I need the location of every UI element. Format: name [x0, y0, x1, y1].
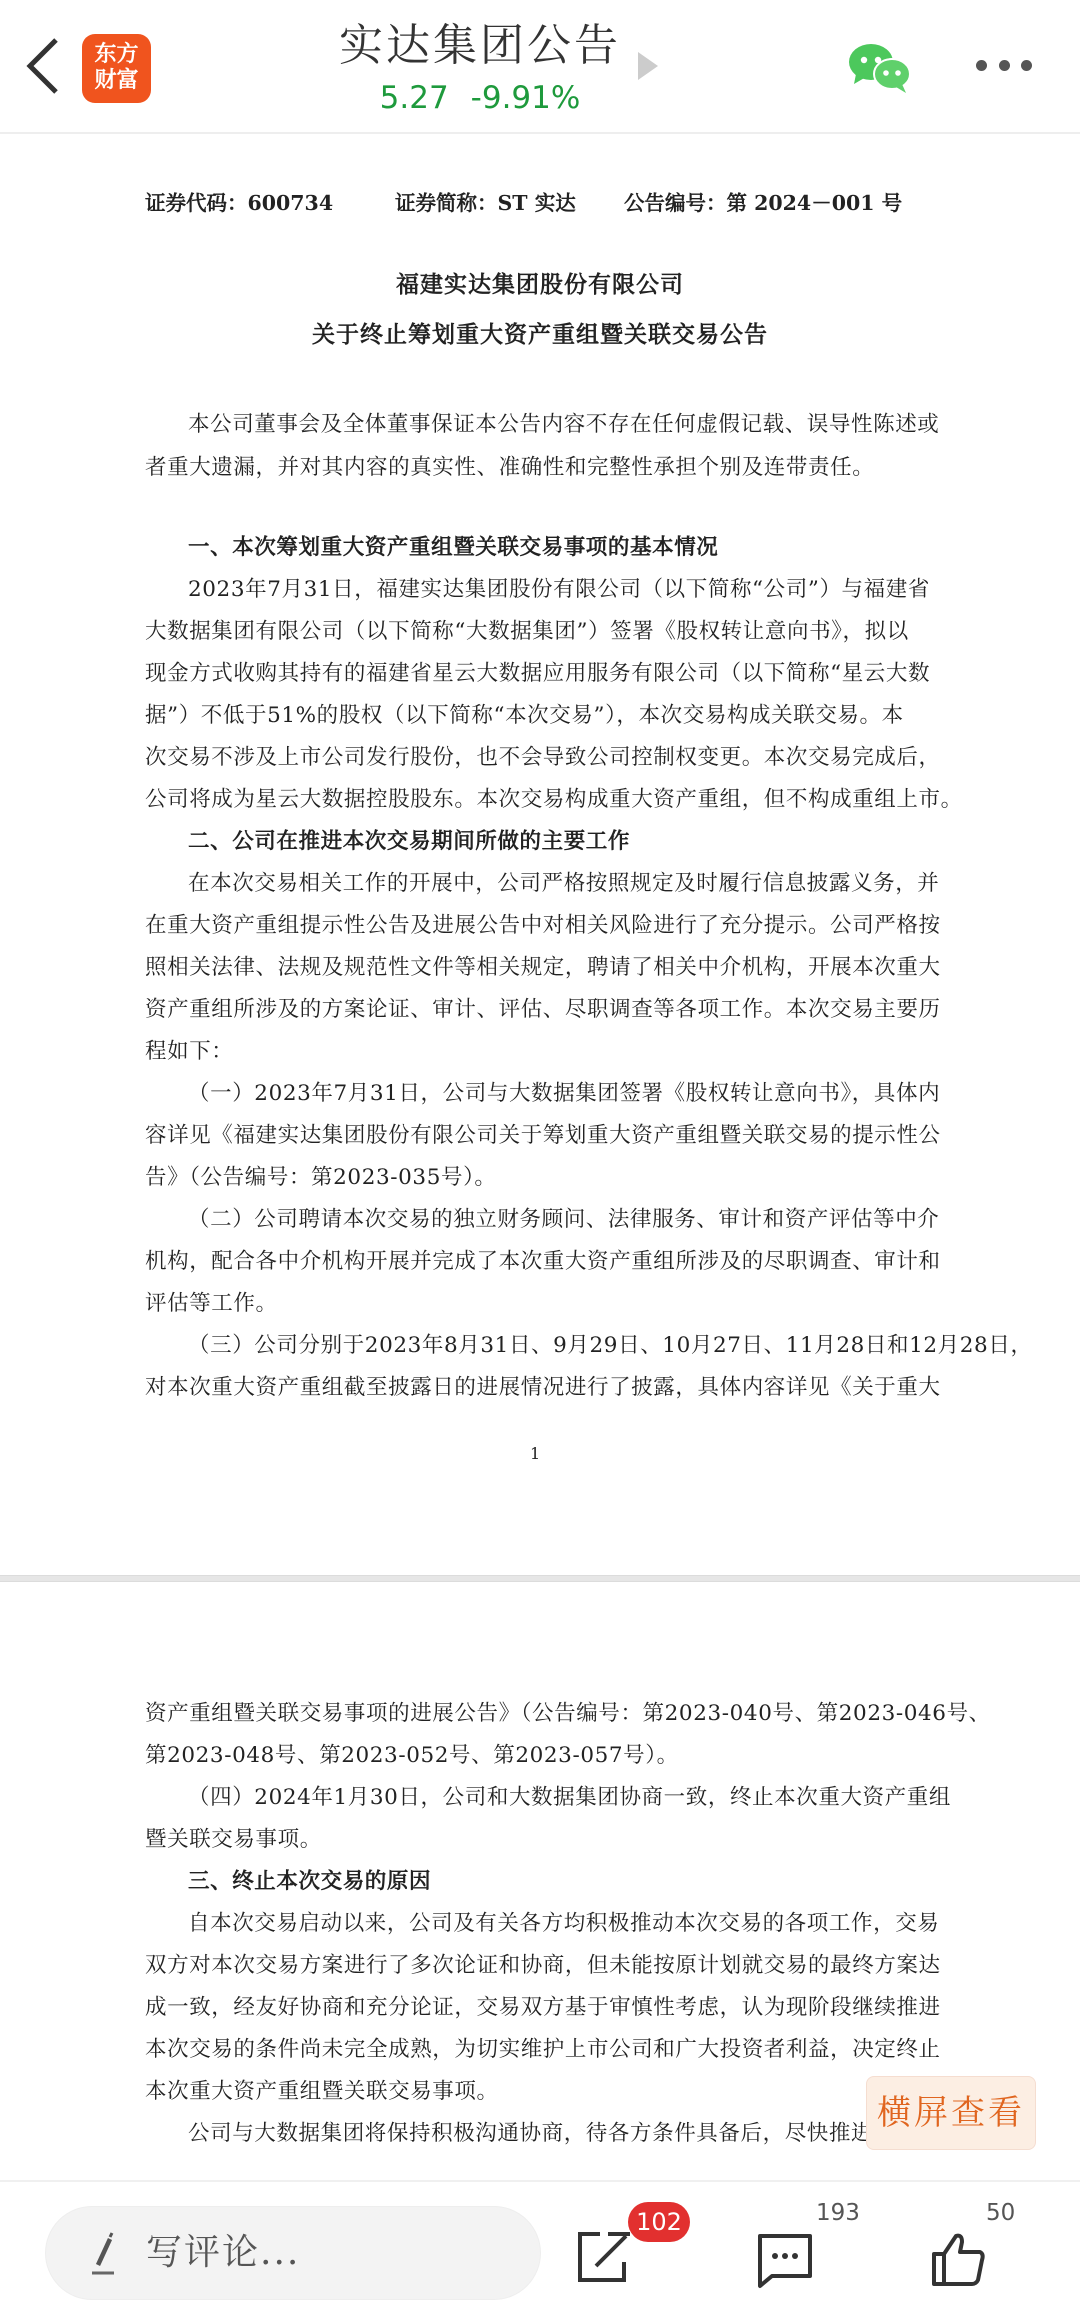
paragraph-line: 公司与大数据集团将保持积极沟通协商，待各方条件具备后，尽快推进相关事 — [188, 2120, 939, 2148]
paragraph-line: 现金方式收购其持有的福建省星云大数据应用服务有限公司（以下简称“星云大数 — [145, 660, 930, 688]
share-button[interactable] — [574, 2226, 634, 2286]
company-name: 福建实达集团股份有限公司 — [145, 266, 935, 299]
more-menu-button[interactable] — [976, 60, 1032, 74]
top-nav-bar: 东方 财富 实达集团公告 5.27-9.91% — [0, 0, 1080, 134]
stock-quote: 5.27-9.91% — [300, 78, 660, 118]
share-count-badge: 102 — [628, 2202, 690, 2242]
stock-change-pct: -9.91% — [471, 80, 581, 116]
announcement-title: 关于终止筹划重大资产重组暨关联交易公告 — [145, 316, 935, 349]
paragraph-line: （四）2024年1月30日，公司和大数据集团协商一致，终止本次重大资产重组 — [188, 1784, 951, 1812]
paragraph-line: （二）公司聘请本次交易的独立财务顾问、法律服务、审计和资产评估等中介 — [188, 1206, 939, 1234]
notice-number: 公告编号：第 2024－001 号 — [624, 186, 902, 216]
security-code: 证券代码：600734 — [145, 186, 333, 216]
back-button[interactable] — [20, 36, 66, 96]
share-icon — [574, 2226, 634, 2286]
comment-placeholder: 写评论... — [146, 2229, 300, 2277]
paragraph-line: 资产重组所涉及的方案论证、审计、评估、尽职调查等各项工作。本次交易主要历 — [145, 996, 941, 1024]
wechat-share-button[interactable] — [846, 40, 912, 96]
comment-count: 193 — [816, 2200, 860, 2226]
page-divider — [0, 1575, 1080, 1582]
stock-price: 5.27 — [380, 80, 449, 116]
section-heading-1: 一、本次筹划重大资产重组暨关联交易事项的基本情况 — [188, 534, 718, 562]
paragraph-line: 资产重组暨关联交易事项的进展公告》（公告编号：第2023-040号、第2023-… — [145, 1700, 991, 1728]
paragraph-line: 第2023-048号、第2023-052号、第2023-057号）。 — [145, 1742, 679, 1770]
paragraph-line: 成一致，经友好协商和充分论证，交易双方基于审慎性考虑，认为现阶段继续推进 — [145, 1994, 941, 2022]
logo-text-line2: 财富 — [82, 68, 151, 94]
paragraph-line: 机构，配合各中介机构开展并完成了本次重大资产重组所涉及的尽职调查、审计和 — [145, 1248, 941, 1276]
paragraph-line: 照相关法律、法规及规范性文件等相关规定，聘请了相关中介机构，开展本次重大 — [145, 954, 941, 982]
paragraph-line: 程如下： — [145, 1038, 233, 1066]
security-short-name: 证券简称：ST 实达 — [395, 186, 576, 216]
paragraph-line: 容详见《福建实达集团股份有限公司关于筹划重大资产重组暨关联交易的提示性公 — [145, 1122, 941, 1150]
paragraph-line: （一）2023年7月31日，公司与大数据集团签署《股权转让意向书》，具体内 — [188, 1080, 940, 1108]
paragraph-line: 本次交易的条件尚未完全成熟，为切实维护上市公司和广大投资者利益，决定终止 — [145, 2036, 941, 2064]
pen-icon — [88, 2231, 128, 2277]
paragraph-line: 大数据集团有限公司（以下简称“大数据集团”）签署《股权转让意向书》，拟以 — [145, 618, 909, 646]
wechat-icon — [846, 40, 912, 96]
paragraph-line: 暨关联交易事项。 — [145, 1826, 322, 1854]
app-logo: 东方 财富 — [82, 34, 151, 103]
caret-right-icon[interactable] — [638, 52, 658, 80]
paragraph-line: 告》（公告编号：第2023-035号）。 — [145, 1164, 497, 1192]
paragraph-line: 对本次重大资产重组截至披露日的进展情况进行了披露，具体内容详见《关于重大 — [145, 1374, 941, 1402]
paragraph-line: 在重大资产重组提示性公告及进展公告中对相关风险进行了充分提示。公司严格按 — [145, 912, 941, 940]
paragraph-line: 评估等工作。 — [145, 1290, 278, 1318]
bottom-action-bar: 写评论... 102 193 50 — [0, 2180, 1080, 2317]
section-heading-2: 二、公司在推进本次交易期间所做的主要工作 — [188, 828, 630, 856]
paragraph-line: 公司将成为星云大数据控股股东。本次交易构成重大资产重组，但不构成重组上市。 — [145, 786, 963, 814]
logo-text-line1: 东方 — [82, 42, 151, 68]
comment-bubble-icon — [754, 2230, 816, 2292]
paragraph-line: 本次重大资产重组暨关联交易事项。 — [145, 2078, 499, 2106]
stock-title-block[interactable]: 实达集团公告 5.27-9.91% — [300, 16, 660, 118]
landscape-view-button[interactable]: 横屏查看 — [866, 2076, 1036, 2150]
paragraph-line: 自本次交易启动以来，公司及有关各方均积极推动本次交易的各项工作，交易 — [188, 1910, 939, 1938]
like-button[interactable] — [928, 2226, 992, 2290]
section-heading-3: 三、终止本次交易的原因 — [188, 1868, 431, 1896]
paragraph-line: 在本次交易相关工作的开展中，公司严格按照规定及时履行信息披露义务，并 — [188, 870, 939, 898]
paragraph-line: 据”）不低于51%的股权（以下简称“本次交易”），本次交易构成关联交易。本 — [145, 702, 904, 730]
thumbs-up-icon — [928, 2226, 992, 2290]
like-count: 50 — [986, 2200, 1015, 2226]
page-title: 实达集团公告 — [300, 16, 660, 76]
paragraph-line: 者重大遗漏，并对其内容的真实性、准确性和完整性承担个别及连带责任。 — [145, 454, 874, 482]
more-dots-icon — [1021, 60, 1032, 71]
page-number: 1 — [530, 1444, 540, 1463]
chevron-left-icon — [20, 36, 66, 96]
paragraph-line: 次交易不涉及上市公司发行股份，也不会导致公司控制权变更。本次交易完成后， — [145, 744, 941, 772]
more-dots-icon — [976, 60, 987, 71]
paragraph-line: （三）公司分别于2023年8月31日、9月29日、10月27日、11月28日和1… — [188, 1332, 1033, 1360]
paragraph-line: 本公司董事会及全体董事保证本公告内容不存在任何虚假记载、误导性陈述或 — [188, 411, 939, 439]
more-dots-icon — [999, 60, 1010, 71]
comment-input[interactable]: 写评论... — [45, 2206, 541, 2300]
paragraph-line: 2023年7月31日，福建实达集团股份有限公司（以下简称“公司”）与福建省 — [188, 576, 930, 604]
paragraph-line: 双方对本次交易方案进行了多次论证和协商，但未能按原计划就交易的最终方案达 — [145, 1952, 941, 1980]
comments-button[interactable] — [754, 2230, 816, 2292]
